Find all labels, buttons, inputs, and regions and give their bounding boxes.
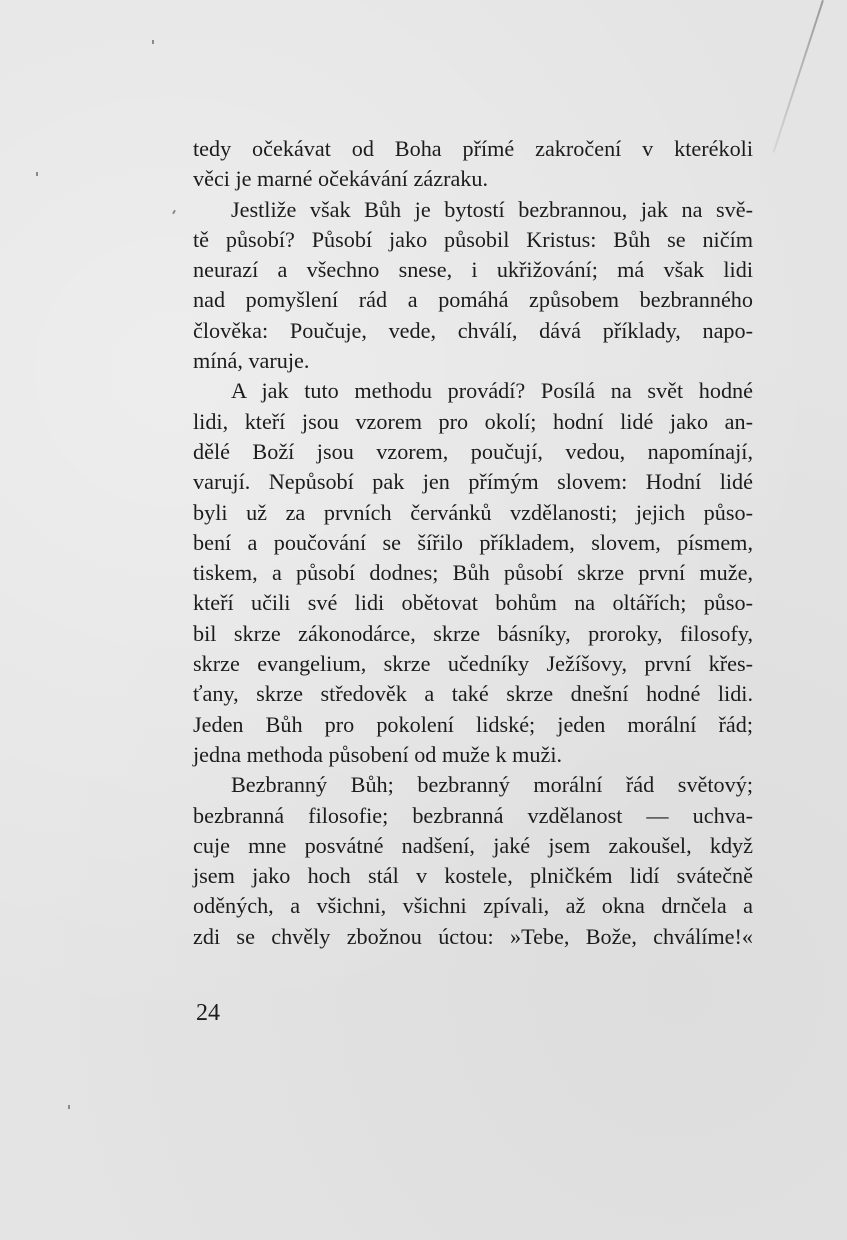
paper-speck — [68, 1105, 70, 1109]
body-text: tedy očekávat od Boha přímé zakročení v … — [193, 134, 753, 952]
text-line: zdi se chvěly zbožnou úctou: »Tebe, Bože… — [193, 922, 753, 952]
paper-speck — [152, 40, 154, 44]
paper-crease — [773, 0, 824, 153]
text-line: bezbranná filosofie; bezbranná vzdělanos… — [193, 801, 753, 831]
text-line: člověka: Poučuje, vede, chválí, dává pří… — [193, 316, 753, 346]
text-line: nad pomyšlení rád a pomáhá způsobem bezb… — [193, 285, 753, 315]
text-line: Bezbranný Bůh; bezbranný morální řád svě… — [193, 770, 753, 800]
text-line: varují. Nepůsobí pak jen přímým slovem: … — [193, 467, 753, 497]
text-line: dělé Boží jsou vzorem, poučují, vedou, n… — [193, 437, 753, 467]
text-line: neurazí a všechno snese, i ukřižování; m… — [193, 255, 753, 285]
book-page: tedy očekávat od Boha přímé zakročení v … — [0, 0, 847, 1240]
text-line: bení a poučování se šířilo příkladem, sl… — [193, 528, 753, 558]
text-line: jedna methoda působení od muže k muži. — [193, 740, 753, 770]
text-line: jsem jako hoch stál v kostele, plničkém … — [193, 861, 753, 891]
text-line: lidi, kteří jsou vzorem pro okolí; hodní… — [193, 407, 753, 437]
paper-speck — [36, 172, 38, 176]
text-line: oděných, a všichni, všichni zpívali, až … — [193, 891, 753, 921]
text-line: Jeden Bůh pro pokolení lidské; jeden mor… — [193, 710, 753, 740]
text-line: kteří učili své lidi obětovat bohům na o… — [193, 588, 753, 618]
text-line: cuje mne posvátné nadšení, jaké jsem zak… — [193, 831, 753, 861]
text-line: tedy očekávat od Boha přímé zakročení v … — [193, 134, 753, 164]
text-line: míná, varuje. — [193, 346, 753, 376]
text-line: byli už za prvních červánků vzdělanosti;… — [193, 498, 753, 528]
paper-speck — [172, 210, 176, 214]
text-line: věci je marné očekávání zázraku. — [193, 164, 753, 194]
text-line: skrze evangelium, skrze učedníky Ježíšov… — [193, 649, 753, 679]
text-line: A jak tuto methodu provádí? Posílá na sv… — [193, 376, 753, 406]
text-line: ťany, skrze středověk a také skrze dnešn… — [193, 679, 753, 709]
text-line: tiskem, a působí dodnes; Bůh působí skrz… — [193, 558, 753, 588]
page-number: 24 — [196, 1000, 220, 1027]
text-line: tě působí? Působí jako působil Kristus: … — [193, 225, 753, 255]
text-line: Jestliže však Bůh je bytostí bezbrannou,… — [193, 195, 753, 225]
text-line: bil skrze zákonodárce, skrze básníky, pr… — [193, 619, 753, 649]
